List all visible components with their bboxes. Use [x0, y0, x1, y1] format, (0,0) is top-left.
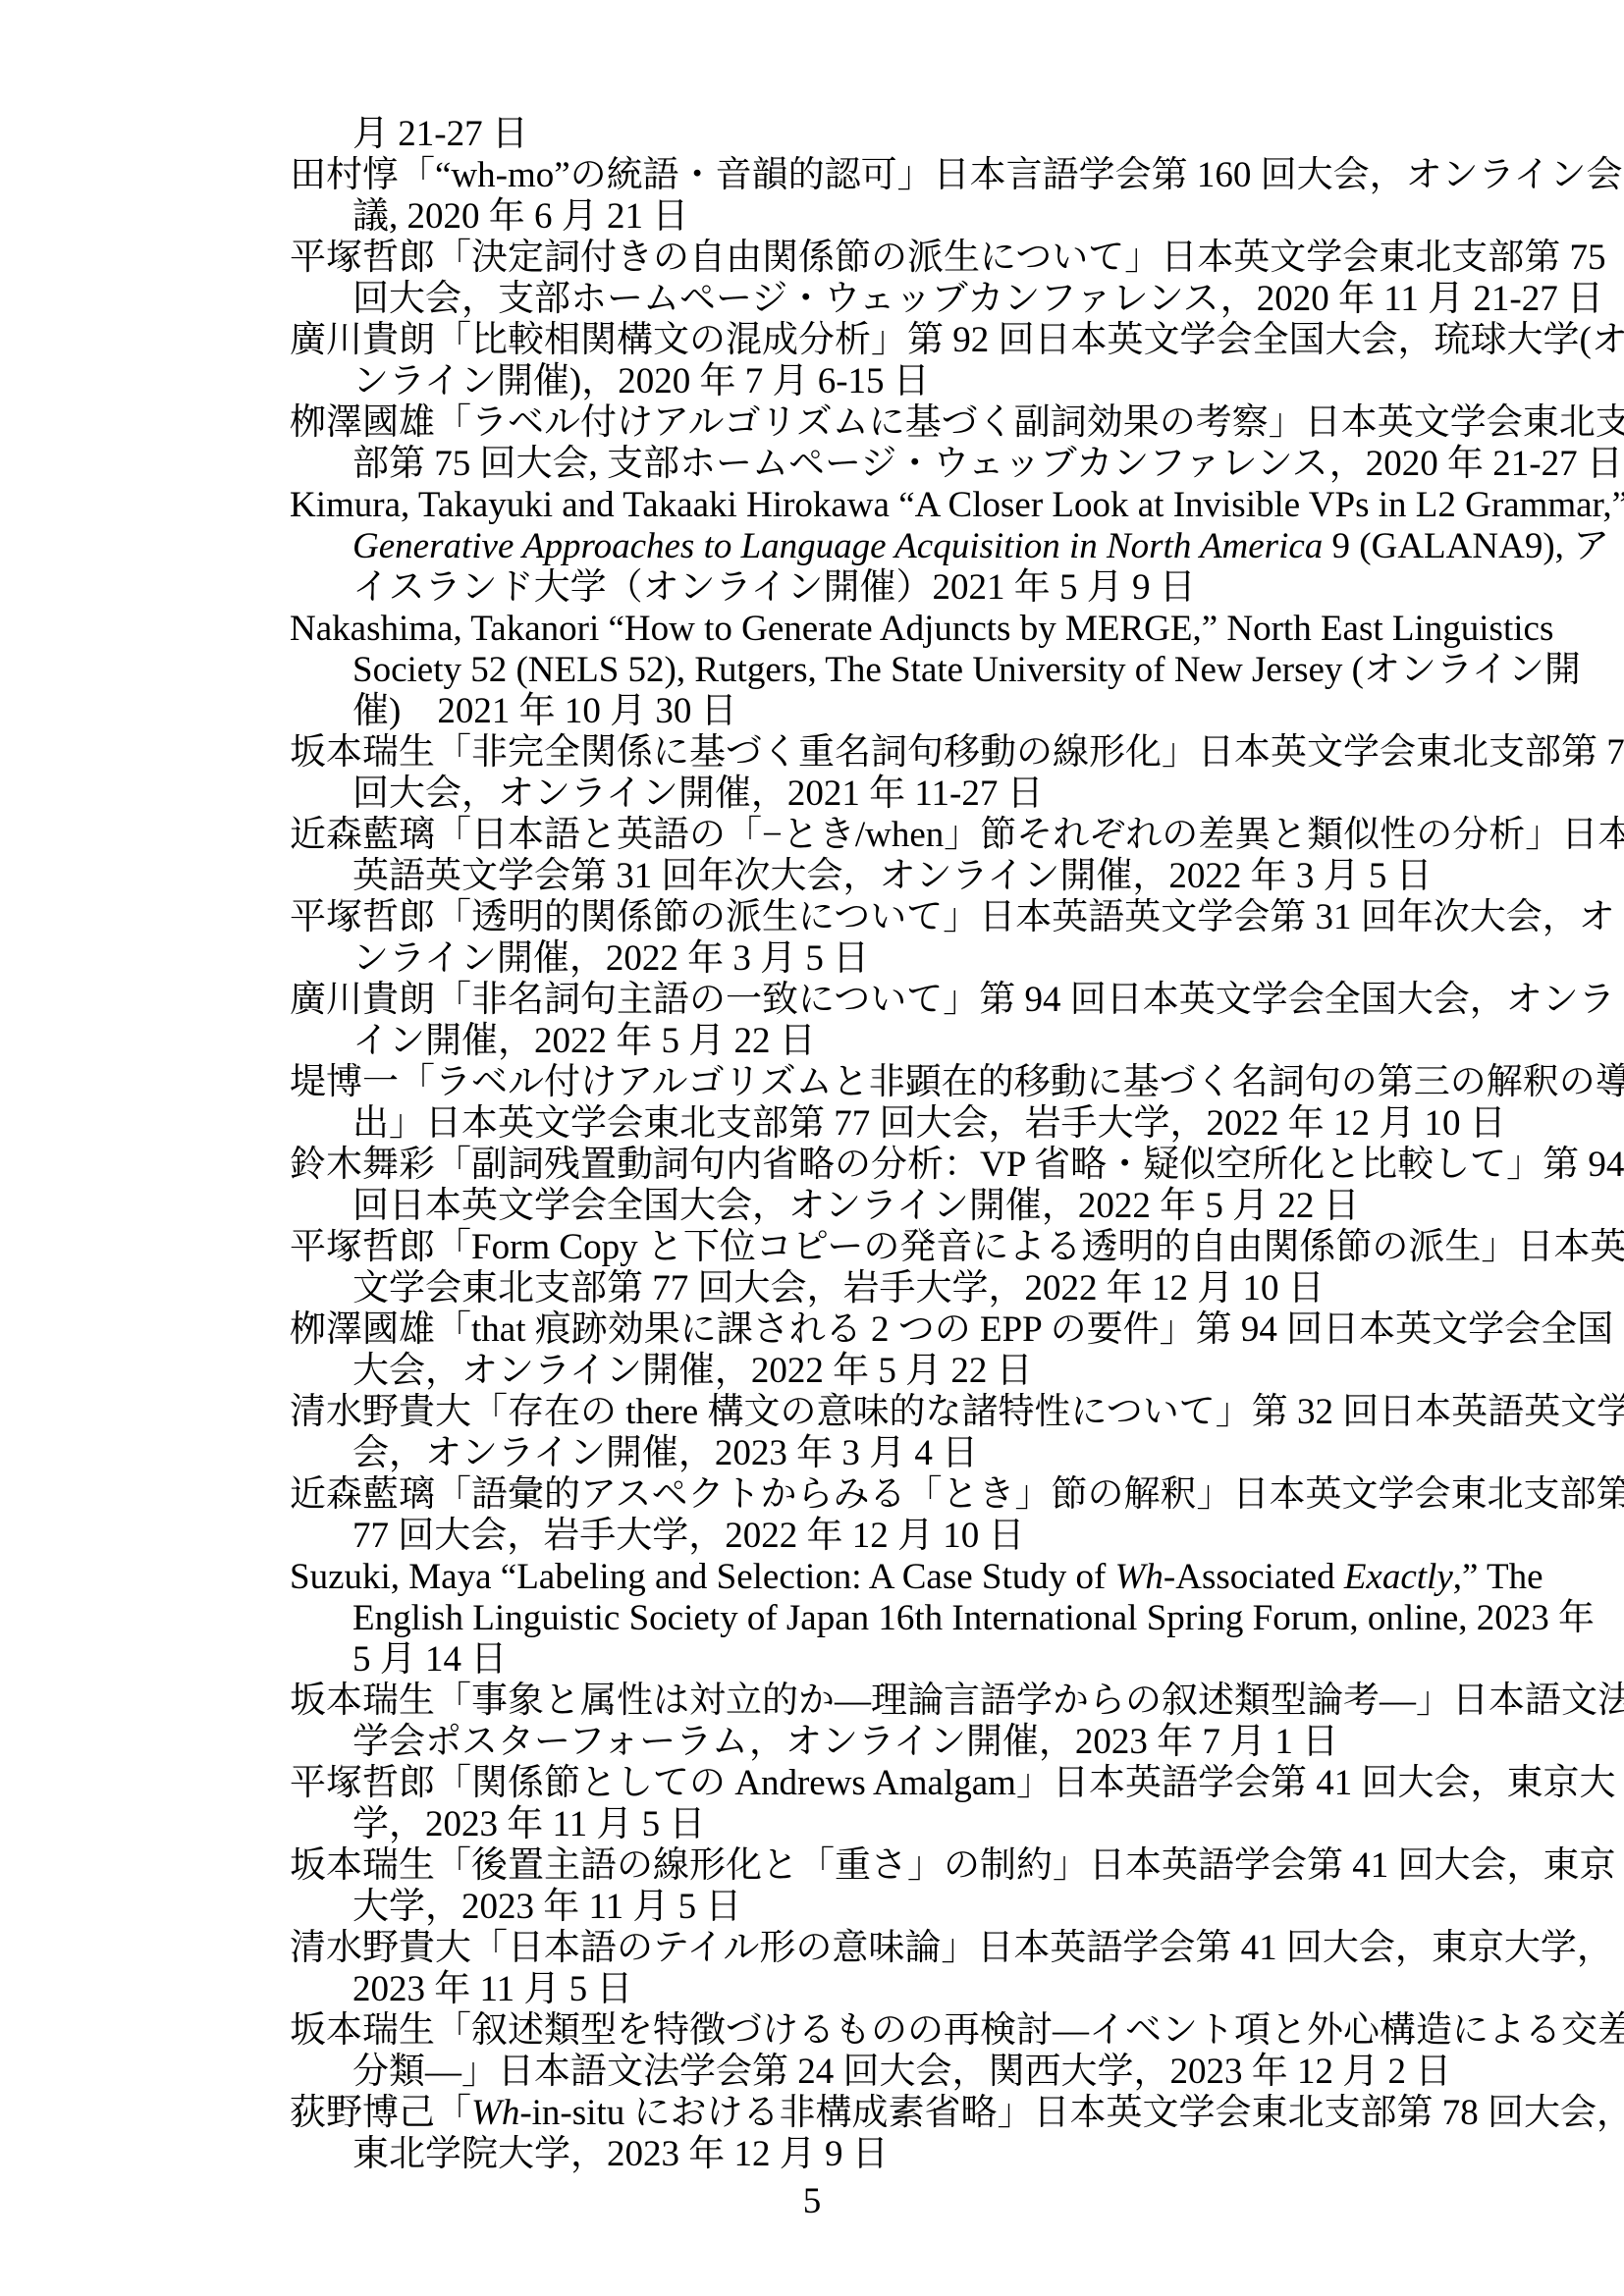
presentation-entry: 清水野貴大「日本語のテイル形の意味論」日本英語学会第 41 回大会，東京大学，2… — [290, 1928, 1483, 2010]
presentation-entry: 清水野貴大「存在の there 構文の意味的な諸特性について」第 32 回日本英… — [290, 1392, 1483, 1474]
text: 廣川貴朗「比較相関構文の混成分析」第 92 回日本英文学会全国大会，琉球大学(オ — [290, 320, 1624, 360]
text: 堤博一「ラベル付けアルゴリズムと非顕在的移動に基づく名詞句の第三の解釈の導 — [290, 1062, 1624, 1102]
text: 回大会，オンライン開催，2021 年 11-27 日 — [352, 774, 1044, 814]
entry-line: 平塚哲郎「Form Copy と下位コピーの発音による透明的自由関係節の派生」日… — [290, 1227, 1483, 1268]
entry-line: 文学会東北支部第 77 回大会，岩手大学，2022 年 12 月 10 日 — [352, 1268, 1483, 1309]
entry-line: Nakashima, Takanori “How to Generate Adj… — [290, 609, 1483, 650]
presentation-entry: 坂本瑞生「事象と属性は対立的か―理論言語学からの叙述類型論考―」日本語文法学会ポ… — [290, 1681, 1483, 1763]
entry-line: ンライン開催)，2020 年 7 月 6-15 日 — [352, 361, 1483, 402]
text: 廣川貴朗「非名詞句主語の一致について」第 94 回日本英文学会全国大会，オンラ — [290, 980, 1615, 1020]
italic-text: Wh — [1115, 1557, 1164, 1597]
presentation-entry: 栁澤國雄「ラベル付けアルゴリズムに基づく副詞効果の考察」日本英文学会東北支部第 … — [290, 402, 1483, 485]
text: 近森藍璃「語彙的アスペクトからみる「とき」節の解釈」日本英文学会東北支部第 — [290, 1474, 1624, 1515]
text: 平塚哲郎「関係節としての Andrews Amalgam」日本英語学会第 41 … — [290, 1763, 1615, 1803]
entry-line: 田村惇「“wh-mo”の統語・音韻的認可」日本言語学会第 160 回大会，オンラ… — [290, 155, 1483, 196]
text: 月 21-27 日 — [352, 114, 528, 154]
presentation-entry: 鈴木舞彩「副詞残置動詞句内省略の分析：VP 省略・疑似空所化と比較して」第 94… — [290, 1145, 1483, 1227]
presentation-entry: 坂本瑞生「後置主語の線形化と「重さ」の制約」日本英語学会第 41 回大会，東京大… — [290, 1845, 1483, 1928]
entry-line: 月 21-27 日 — [352, 114, 1483, 155]
text: Kimura, Takayuki and Takaaki Hirokawa “A… — [290, 485, 1624, 525]
entry-line: 坂本瑞生「非完全関係に基づく重名詞句移動の線形化」日本英文学会東北支部第 76 — [290, 732, 1483, 774]
italic-text: Generative Approaches to Language Acquis… — [352, 526, 1323, 566]
presentation-entry: 平塚哲郎「関係節としての Andrews Amalgam」日本英語学会第 41 … — [290, 1763, 1483, 1845]
entry-line: 坂本瑞生「事象と属性は対立的か―理論言語学からの叙述類型論考―」日本語文法 — [290, 1681, 1483, 1722]
text: 77 回大会，岩手大学，2022 年 12 月 10 日 — [352, 1516, 1025, 1556]
entry-line: 平塚哲郎「決定詞付きの自由関係節の派生について」日本英文学会東北支部第 75 — [290, 238, 1483, 279]
entry-line: 2023 年 11 月 5 日 — [352, 1969, 1483, 2010]
text: 栁澤國雄「ラベル付けアルゴリズムに基づく副詞効果の考察」日本英文学会東北支 — [290, 402, 1624, 443]
text: 平塚哲郎「決定詞付きの自由関係節の派生について」日本英文学会東北支部第 75 — [290, 238, 1606, 278]
entry-line: 東北学院大学，2023 年 12 月 9 日 — [352, 2134, 1483, 2175]
entry-line: 回大会，オンライン開催，2021 年 11-27 日 — [352, 774, 1483, 815]
entry-line: 荻野博己「Wh-in-situ における非構成素省略」日本英文学会東北支部第 7… — [290, 2093, 1483, 2134]
entry-line: 学会ポスターフォーラム，オンライン開催，2023 年 7 月 1 日 — [352, 1722, 1483, 1763]
presentation-entry: Suzuki, Maya “Labeling and Selection: A … — [290, 1557, 1483, 1681]
document-page: 月 21-27 日田村惇「“wh-mo”の統語・音韻的認可」日本言語学会第 16… — [0, 0, 1624, 2296]
publication-list: 月 21-27 日田村惇「“wh-mo”の統語・音韻的認可」日本言語学会第 16… — [290, 114, 1483, 2175]
text: ,” The — [1453, 1557, 1543, 1597]
text: 文学会東北支部第 77 回大会，岩手大学，2022 年 12 月 10 日 — [352, 1268, 1325, 1308]
text: -in-situ における非構成素省略」日本英文学会東北支部第 78 回大会， — [519, 2093, 1624, 2133]
text: Society 52 (NELS 52), Rutgers, The State… — [352, 650, 1581, 690]
text: 分類―」日本語文法学会第 24 回大会，関西大学，2023 年 12 月 2 日 — [352, 2052, 1451, 2092]
entry-line: 催) 2021 年 10 月 30 日 — [352, 691, 1483, 732]
text: 部第 75 回大会, 支部ホームページ・ウェッブカンファレンス，2020 年 2… — [352, 444, 1623, 484]
text: 9 (GALANA9), ア — [1323, 526, 1609, 566]
entry-line: 出」日本英文学会東北支部第 77 回大会，岩手大学，2022 年 12 月 10… — [352, 1103, 1483, 1145]
entry-line: 坂本瑞生「叙述類型を特徴づけるものの再検討―イベント項と外心構造による交差 — [290, 2010, 1483, 2052]
entry-line: 回日本英文学会全国大会，オンライン開催，2022 年 5 月 22 日 — [352, 1186, 1483, 1227]
text: 回大会，支部ホームページ・ウェッブカンファレンス，2020 年 11 月 21-… — [352, 279, 1603, 319]
entry-line: 清水野貴大「存在の there 構文の意味的な諸特性について」第 32 回日本英… — [290, 1392, 1483, 1433]
text: -Associated — [1164, 1557, 1344, 1597]
presentation-entry: 近森藍璃「日本語と英語の「−とき/when」節それぞれの差異と類似性の分析」日本… — [290, 815, 1483, 897]
presentation-entry: 廣川貴朗「比較相関構文の混成分析」第 92 回日本英文学会全国大会，琉球大学(オ… — [290, 320, 1483, 402]
text: English Linguistic Society of Japan 16th… — [352, 1598, 1595, 1638]
text: 議, 2020 年 6 月 21 日 — [352, 196, 688, 237]
entry-line: Kimura, Takayuki and Takaaki Hirokawa “A… — [290, 485, 1483, 526]
text: ンライン開催，2022 年 3 月 5 日 — [352, 938, 869, 979]
text: 坂本瑞生「事象と属性は対立的か―理論言語学からの叙述類型論考―」日本語文法 — [290, 1681, 1624, 1721]
text: 5 月 14 日 — [352, 1639, 507, 1680]
presentation-entry: 荻野博己「Wh-in-situ における非構成素省略」日本英文学会東北支部第 7… — [290, 2093, 1483, 2175]
presentation-entry: 近森藍璃「語彙的アスペクトからみる「とき」節の解釈」日本英文学会東北支部第77 … — [290, 1474, 1483, 1557]
text: Suzuki, Maya “Labeling and Selection: A … — [290, 1557, 1115, 1597]
presentation-entry: 平塚哲郎「透明的関係節の派生について」日本英語英文学会第 31 回年次大会，オン… — [290, 897, 1483, 980]
text: 近森藍璃「日本語と英語の「−とき/when」節それぞれの差異と類似性の分析」日本 — [290, 815, 1624, 855]
presentation-entry: 坂本瑞生「叙述類型を特徴づけるものの再検討―イベント項と外心構造による交差分類―… — [290, 2010, 1483, 2093]
text: 荻野博己「 — [290, 2093, 471, 2133]
text: 田村惇「“wh-mo”の統語・音韻的認可」日本言語学会第 160 回大会，オンラ… — [290, 155, 1623, 195]
text: 会，オンライン開催，2023 年 3 月 4 日 — [352, 1433, 978, 1473]
entry-line: Society 52 (NELS 52), Rutgers, The State… — [352, 650, 1483, 691]
entry-line: English Linguistic Society of Japan 16th… — [352, 1598, 1483, 1639]
text: 2023 年 11 月 5 日 — [352, 1969, 632, 2009]
presentation-entry: 平塚哲郎「Form Copy と下位コピーの発音による透明的自由関係節の派生」日… — [290, 1227, 1483, 1309]
entry-line: 廣川貴朗「非名詞句主語の一致について」第 94 回日本英文学会全国大会，オンラ — [290, 980, 1483, 1021]
entry-line: 鈴木舞彩「副詞残置動詞句内省略の分析：VP 省略・疑似空所化と比較して」第 94 — [290, 1145, 1483, 1186]
presentation-entry: Kimura, Takayuki and Takaaki Hirokawa “A… — [290, 485, 1483, 609]
entry-line: 分類―」日本語文法学会第 24 回大会，関西大学，2023 年 12 月 2 日 — [352, 2052, 1483, 2093]
entry-line: 平塚哲郎「関係節としての Andrews Amalgam」日本英語学会第 41 … — [290, 1763, 1483, 1804]
page-number: 5 — [0, 2181, 1624, 2222]
text: 平塚哲郎「透明的関係節の派生について」日本英語英文学会第 31 回年次大会，オ — [290, 897, 1615, 937]
text: 大学，2023 年 11 月 5 日 — [352, 1887, 741, 1927]
entry-line: ンライン開催，2022 年 3 月 5 日 — [352, 938, 1483, 980]
presentation-entry: 堤博一「ラベル付けアルゴリズムと非顕在的移動に基づく名詞句の第三の解釈の導出」日… — [290, 1062, 1483, 1145]
entry-line: 部第 75 回大会, 支部ホームページ・ウェッブカンファレンス，2020 年 2… — [352, 444, 1483, 485]
entry-line: 栁澤國雄「ラベル付けアルゴリズムに基づく副詞効果の考察」日本英文学会東北支 — [290, 402, 1483, 444]
entry-line: 回大会，支部ホームページ・ウェッブカンファレンス，2020 年 11 月 21-… — [352, 279, 1483, 320]
presentation-entry: 平塚哲郎「決定詞付きの自由関係節の派生について」日本英文学会東北支部第 75回大… — [290, 238, 1483, 320]
entry-line: 清水野貴大「日本語のテイル形の意味論」日本英語学会第 41 回大会，東京大学， — [290, 1928, 1483, 1969]
presentation-entry: 坂本瑞生「非完全関係に基づく重名詞句移動の線形化」日本英文学会東北支部第 76回… — [290, 732, 1483, 815]
entry-line: Suzuki, Maya “Labeling and Selection: A … — [290, 1557, 1483, 1598]
text: 栁澤國雄「that 痕跡効果に課される 2 つの EPP の要件」第 94 回日… — [290, 1309, 1613, 1350]
entry-line: 大学，2023 年 11 月 5 日 — [352, 1887, 1483, 1928]
entry-line: 近森藍璃「語彙的アスペクトからみる「とき」節の解釈」日本英文学会東北支部第 — [290, 1474, 1483, 1516]
text: 大会，オンライン開催，2022 年 5 月 22 日 — [352, 1351, 1033, 1391]
presentation-entry: 月 21-27 日 — [290, 114, 1483, 155]
text: 清水野貴大「日本語のテイル形の意味論」日本英語学会第 41 回大会，東京大学， — [290, 1928, 1613, 1968]
text: 出」日本英文学会東北支部第 77 回大会，岩手大学，2022 年 12 月 10… — [352, 1103, 1506, 1144]
entry-line: 学，2023 年 11 月 5 日 — [352, 1804, 1483, 1845]
entry-line: 77 回大会，岩手大学，2022 年 12 月 10 日 — [352, 1516, 1483, 1557]
presentation-entry: 田村惇「“wh-mo”の統語・音韻的認可」日本言語学会第 160 回大会，オンラ… — [290, 155, 1483, 238]
text: 催) 2021 年 10 月 30 日 — [352, 691, 737, 731]
text: 鈴木舞彩「副詞残置動詞句内省略の分析：VP 省略・疑似空所化と比較して」第 94 — [290, 1145, 1624, 1185]
text: 回日本英文学会全国大会，オンライン開催，2022 年 5 月 22 日 — [352, 1186, 1360, 1226]
italic-text: Exactly — [1344, 1557, 1453, 1597]
entry-line: 廣川貴朗「比較相関構文の混成分析」第 92 回日本英文学会全国大会，琉球大学(オ — [290, 320, 1483, 361]
text: 清水野貴大「存在の there 構文の意味的な諸特性について」第 32 回日本英… — [290, 1392, 1624, 1432]
text: 坂本瑞生「非完全関係に基づく重名詞句移動の線形化」日本英文学会東北支部第 76 — [290, 732, 1624, 773]
presentation-entry: Nakashima, Takanori “How to Generate Adj… — [290, 609, 1483, 732]
entry-line: 坂本瑞生「後置主語の線形化と「重さ」の制約」日本英語学会第 41 回大会，東京 — [290, 1845, 1483, 1887]
text: 英語英文学会第 31 回年次大会，オンライン開催，2022 年 3 月 5 日 — [352, 856, 1433, 896]
entry-line: イスランド大学（オンライン開催）2021 年 5 月 9 日 — [352, 567, 1483, 609]
text: 平塚哲郎「Form Copy と下位コピーの発音による透明的自由関係節の派生」日… — [290, 1227, 1624, 1267]
entry-line: 大会，オンライン開催，2022 年 5 月 22 日 — [352, 1351, 1483, 1392]
entry-line: 英語英文学会第 31 回年次大会，オンライン開催，2022 年 3 月 5 日 — [352, 856, 1483, 897]
text: 坂本瑞生「後置主語の線形化と「重さ」の制約」日本英語学会第 41 回大会，東京 — [290, 1845, 1616, 1886]
presentation-entry: 栁澤國雄「that 痕跡効果に課される 2 つの EPP の要件」第 94 回日… — [290, 1309, 1483, 1392]
italic-text: Wh — [471, 2093, 519, 2133]
text: 東北学院大学，2023 年 12 月 9 日 — [352, 2134, 889, 2174]
text: 坂本瑞生「叙述類型を特徴づけるものの再検討―イベント項と外心構造による交差 — [290, 2010, 1624, 2051]
entry-line: 5 月 14 日 — [352, 1639, 1483, 1681]
text: Nakashima, Takanori “How to Generate Adj… — [290, 609, 1553, 649]
entry-line: 会，オンライン開催，2023 年 3 月 4 日 — [352, 1433, 1483, 1474]
entry-line: Generative Approaches to Language Acquis… — [352, 526, 1483, 567]
entry-line: イン開催，2022 年 5 月 22 日 — [352, 1021, 1483, 1062]
presentation-entry: 廣川貴朗「非名詞句主語の一致について」第 94 回日本英文学会全国大会，オンライ… — [290, 980, 1483, 1062]
text: 学会ポスターフォーラム，オンライン開催，2023 年 7 月 1 日 — [352, 1722, 1338, 1762]
entry-line: 近森藍璃「日本語と英語の「−とき/when」節それぞれの差異と類似性の分析」日本 — [290, 815, 1483, 856]
text: イン開催，2022 年 5 月 22 日 — [352, 1021, 816, 1061]
entry-line: 平塚哲郎「透明的関係節の派生について」日本英語英文学会第 31 回年次大会，オ — [290, 897, 1483, 938]
text: 学，2023 年 11 月 5 日 — [352, 1804, 705, 1844]
entry-line: 議, 2020 年 6 月 21 日 — [352, 196, 1483, 238]
text: ンライン開催)，2020 年 7 月 6-15 日 — [352, 361, 930, 401]
text: イスランド大学（オンライン開催）2021 年 5 月 9 日 — [352, 567, 1196, 608]
entry-line: 栁澤國雄「that 痕跡効果に課される 2 つの EPP の要件」第 94 回日… — [290, 1309, 1483, 1351]
entry-line: 堤博一「ラベル付けアルゴリズムと非顕在的移動に基づく名詞句の第三の解釈の導 — [290, 1062, 1483, 1103]
